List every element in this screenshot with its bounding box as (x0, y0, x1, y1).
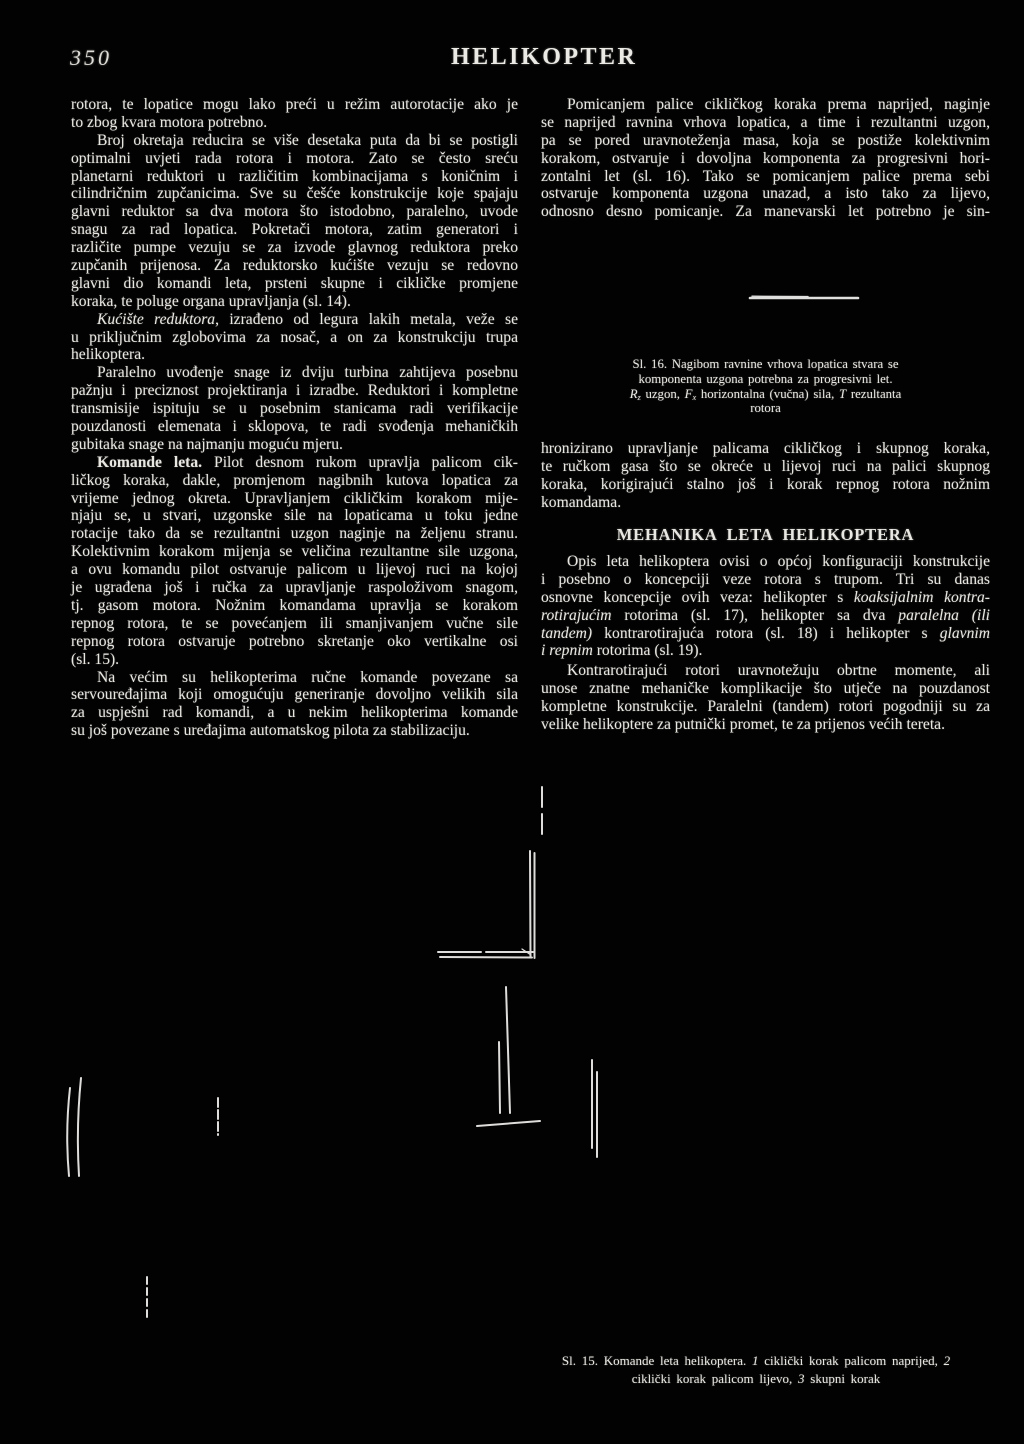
text-line: rotirajućim rotorima (sl. 17), helikopte… (541, 607, 990, 625)
text-line: Sl. 16. Nagibom ravnine vrhova lopatica … (541, 357, 990, 372)
scanned-book-page: 350 HELIKOPTER rotora, te lopatice mogu … (0, 0, 1024, 1444)
text-line: i repnim rotorima (sl. 19). (541, 642, 990, 660)
text-line: Broj okretaja reducira se više desetaka … (71, 132, 518, 150)
text-line: se naprijed ravnina vrhova lopatica, a t… (541, 114, 990, 132)
figure-16-line-fragment (750, 296, 858, 298)
text-line: rotora (541, 401, 990, 416)
text-line: njaju se, u stvari, uzgonske sile na lop… (71, 507, 518, 525)
right-column-paragraph-3: Opis leta helikoptera ovisi o općoj konf… (541, 553, 990, 660)
text-line: koraka, te poluge organa upravljanja (sl… (71, 293, 518, 311)
text-line: zupčanih prijenosa. Za reduktorsko kućiš… (71, 257, 518, 275)
text-line: unose znatne mehaničke komplikacije što … (541, 680, 990, 698)
right-column-paragraph-4: Kontrarotirajući rotori uravnotežuju obr… (541, 662, 990, 734)
text-line: (sl. 15). (71, 651, 518, 669)
text-line: i posebno o koncepciji veze rotora s tru… (541, 571, 990, 589)
text-line: ostvaruje komponenta uzgona unazad, a is… (541, 185, 990, 203)
text-line: te ručkom gasa što se okreće u lijevoj r… (541, 458, 990, 476)
text-line: snagu za rad lopatica. Pokretači motora,… (71, 221, 518, 239)
section-heading: MEHANIKA LETA HELIKOPTERA (541, 525, 990, 545)
text-line: kompletne konstrukcije. Paralelni (tande… (541, 698, 990, 716)
text-line: vrijeme jednog okreta. Upravljanjem cikl… (71, 490, 518, 508)
figure-15-caption: Sl. 15. Komande leta helikoptera. 1 cikl… (459, 1352, 1024, 1388)
text-line: rotora, te lopatice mogu lako preći u re… (71, 96, 518, 114)
text-line: glavni dio komandi leta, prsteni skupne … (71, 275, 518, 293)
text-line: velike helikoptere za putnički promet, t… (541, 716, 990, 734)
text-line: koraka, korigirajući stalno još i korak … (541, 476, 990, 494)
text-line: komponenta uzgona potrebna za progresivn… (541, 372, 990, 387)
text-line: osnovne koncepcije ovih veza: helikopter… (541, 589, 990, 607)
text-line: različite pumpe vezuju se za izvode glav… (71, 239, 518, 257)
text-line: Kontrarotirajući rotori uravnotežuju obr… (541, 662, 990, 680)
text-line: je ugrađena još i ručka za upravljanje r… (71, 579, 518, 597)
text-line: Na većim su helikopterima ručne komande … (71, 669, 518, 687)
running-title: HELIKOPTER (451, 44, 637, 71)
text-line: tandem) kontrarotirajuća rotora (sl. 18)… (541, 625, 990, 643)
text-line: Paralelno uvođenje snage iz dviju turbin… (71, 364, 518, 382)
text-line: Komande leta. Pilot desnom rukom upravlj… (71, 454, 518, 472)
text-line: Kolektivnim korakom mijenja se veličina … (71, 543, 518, 561)
left-column-text: rotora, te lopatice mogu lako preći u re… (71, 96, 518, 740)
text-line: zontalni let (sl. 16). Tako se pomicanje… (541, 168, 990, 186)
text-line: repnog rotora ostvaruje potrebno skretan… (71, 633, 518, 651)
text-line: optimalni uvjeti rada rotora i motora. Z… (71, 150, 518, 168)
text-line: ličkog koraka, dakle, promjenom nagibnih… (71, 472, 518, 490)
text-line: a ovu komandu pilot ostvaruje palicom u … (71, 561, 518, 579)
text-line: komandama. (541, 494, 990, 512)
text-line: Pomicanjem palice cikličkog koraka prema… (541, 96, 990, 114)
text-line: helikoptera. (71, 346, 518, 364)
figure-15-line-fragments (67, 787, 597, 1317)
text-line: su još povezane s uređajima automatskog … (71, 722, 518, 740)
text-line: odnosno desno pomicanje. Za manevarski l… (541, 203, 990, 221)
text-line: pažnju i preciznost projektiranja i izra… (71, 382, 518, 400)
text-line: Opis leta helikoptera ovisi o općoj konf… (541, 553, 990, 571)
text-line: servouređajima koji omogućuju generiranj… (71, 686, 518, 704)
text-line: rotacije tako da se rezultantni uzgon na… (71, 525, 518, 543)
text-line: korakom, ostvaruje i dovoljna komponenta… (541, 150, 990, 168)
text-line: gubitaka snage na najmanju moguću mjeru. (71, 436, 518, 454)
text-line: za uspješni rad komandi, a u nekim helik… (71, 704, 518, 722)
text-line: Rz uzgon, Fx horizontalna (vučna) sila, … (541, 387, 990, 402)
text-line: cilindričnim zupčanicima. Sve su češće k… (71, 185, 518, 203)
text-line: Kućište reduktora, izrađeno od legura la… (71, 311, 518, 329)
text-line: transmisije ispituju se u posebnim stani… (71, 400, 518, 418)
text-line: pa se pored uravnoteženja masa, koja se … (541, 132, 990, 150)
text-line: repnog rotora, te se povećanjem ili sman… (71, 615, 518, 633)
page-number: 350 (70, 45, 112, 71)
text-line: glavni reduktor sa dva motora što istodo… (71, 203, 518, 221)
text-line: pouzdanosti elemenata i sklopova, te rad… (71, 418, 518, 436)
figure-16-caption: Sl. 16. Nagibom ravnine vrhova lopatica … (541, 357, 990, 416)
right-column-paragraph-1: Pomicanjem palice cikličkog koraka prema… (541, 96, 990, 221)
text-line: Sl. 15. Komande leta helikoptera. 1 cikl… (459, 1352, 1024, 1370)
text-line: tj. gasom motora. Nožnim komandama uprav… (71, 597, 518, 615)
text-line: ciklički korak palicom lijevo, 3 skupni … (459, 1370, 1024, 1388)
text-line: u priključnim zglobovima za nosač, a on … (71, 329, 518, 347)
text-line: planetarni reduktori u različitim kombin… (71, 168, 518, 186)
text-line: hronizirano upravljanje palicama cikličk… (541, 440, 990, 458)
text-line: to zbog kvara motora potrebno. (71, 114, 518, 132)
right-column-paragraph-2: hronizirano upravljanje palicama cikličk… (541, 440, 990, 512)
